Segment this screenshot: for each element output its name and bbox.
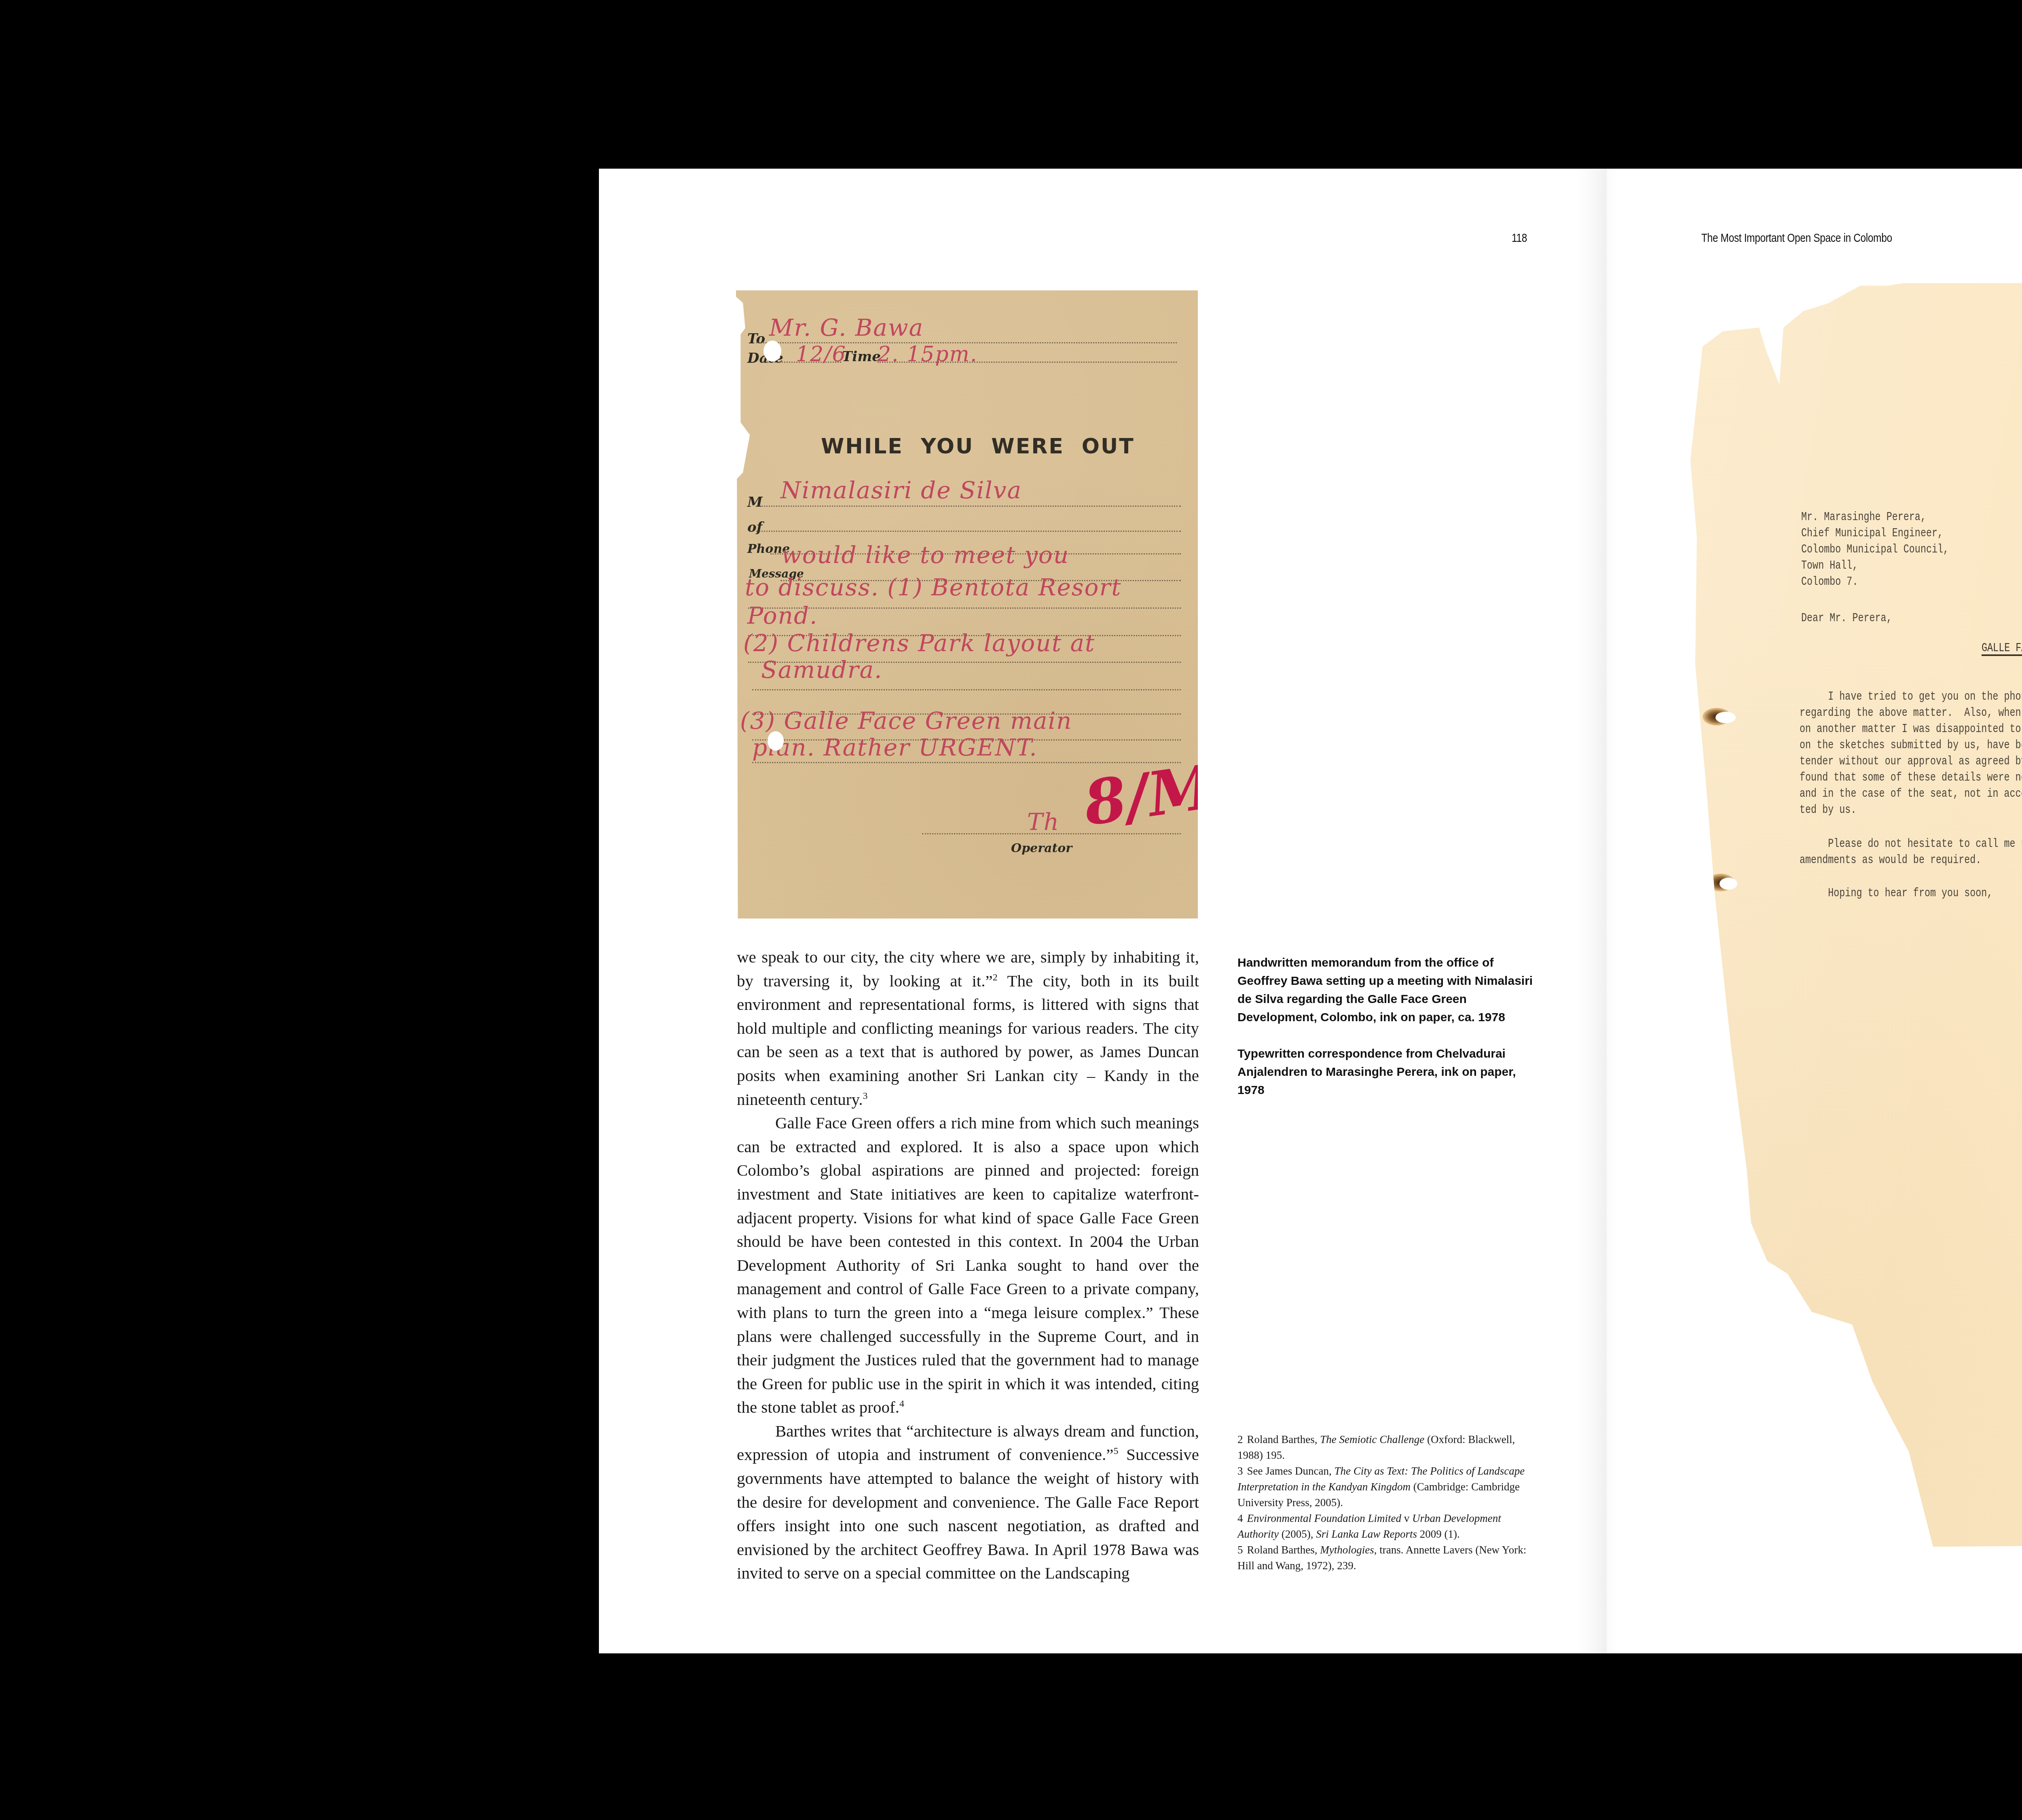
letter-salutation: Dear Mr. Perera,	[1801, 611, 1892, 627]
letter-body-line: on another matter I was disappointed to …	[1800, 722, 2022, 738]
running-title: The Most Important Open Space in Colombo	[1701, 231, 1892, 245]
body-paragraph: we speak to our city, the city where we …	[737, 945, 1199, 1111]
letter-body-line: amendments as would be required.	[1800, 853, 1981, 869]
letter-body-line: I have tried to get you on the phone man…	[1800, 689, 2022, 705]
punch-hole	[768, 731, 784, 751]
memo-date-value: 12/6	[796, 342, 846, 366]
letter-address-line: Colombo Municipal Council,	[1801, 542, 1949, 558]
letter-body-line: ted by us.	[1800, 802, 1856, 819]
memo-label-operator: Operator	[1011, 841, 1072, 855]
punch-hole	[1715, 712, 1736, 723]
letter-address-line: Town Hall,	[1801, 558, 1858, 574]
footnote: 5Roland Barthes, Mythologies, trans. Ann…	[1237, 1542, 1537, 1574]
memo-label-m: M	[747, 494, 763, 510]
memo-label-of: of	[747, 519, 762, 535]
letter-address-line: Chief Municipal Engineer,	[1801, 526, 1943, 542]
letter-subject: GALLE FACE GREEN DEVELOPMENT	[1982, 641, 2022, 657]
memo-message-line: to discuss. (1) Bentota Resort	[745, 574, 1122, 601]
memo-from-value: Nimalasiri de Silva	[780, 476, 1022, 504]
memo-message-line: Pond.	[747, 602, 818, 629]
punch-hole	[1720, 878, 1737, 890]
book-gutter	[1577, 169, 1618, 1653]
body-paragraph: Barthes writes that “architecture is alw…	[737, 1419, 1199, 1585]
memo-initials: Th	[1027, 808, 1060, 836]
footnote: 2Roland Barthes, The Semiotic Challenge …	[1237, 1432, 1537, 1463]
letter-body-line: regarding the above matter. Also, when I…	[1800, 705, 2022, 722]
letter-body-line: Please do not hesitate to call me up and…	[1800, 836, 2022, 853]
memo-time-value: 2. 15pm.	[878, 342, 977, 366]
left-page-number: 118	[1512, 231, 1527, 245]
body-paragraph: Galle Face Green offers a rich mine from…	[737, 1111, 1199, 1419]
memo-message-line: (2) Childrens Park layout at	[743, 629, 1095, 657]
body-text: we speak to our city, the city where we …	[737, 945, 1199, 1585]
memo-label-to: To	[747, 331, 765, 347]
footnotes: 2Roland Barthes, The Semiotic Challenge …	[1237, 1432, 1537, 1574]
footnote: 3See James Duncan, The City as Text: The…	[1237, 1463, 1537, 1511]
figure-captions: Handwritten memorandum from the office o…	[1237, 954, 1545, 1117]
memo-heading: WHILE YOU WERE OUT	[821, 434, 1135, 459]
punch-hole	[764, 341, 781, 362]
memo-image: To Date Time Mr. G. Bawa 12/6 2. 15pm. W…	[736, 290, 1198, 918]
letter-body-line: and in the case of the seat, not in acco…	[1800, 786, 2022, 802]
letter-body-line: tender without our approval as agreed by…	[1800, 754, 2022, 770]
memo-to-value: Mr. G. Bawa	[769, 314, 924, 341]
letter-address-line: Colombo 7.	[1801, 574, 1858, 590]
memo-label-time: Time	[842, 349, 881, 365]
memo-message-line: plan. Rather URGENT.	[752, 734, 1038, 761]
letter-body-line: on the sketches submitted by us, have be…	[1800, 738, 2022, 754]
footnote: 4Environmental Foundation Limited v Urba…	[1237, 1511, 1537, 1542]
letter-closing: Hoping to hear from you soon,	[1800, 886, 1992, 902]
caption-letter: Typewritten correspondence from Chelvadu…	[1237, 1045, 1545, 1099]
letter-body-line: found that some of these details were no…	[1800, 770, 2022, 786]
memo-message-line: Samudra.	[761, 656, 883, 684]
caption-memo: Handwritten memorandum from the office o…	[1237, 954, 1545, 1026]
letter-address-line: Mr. Marasinghe Perera,	[1801, 510, 1926, 526]
memo-message-line: (3) Galle Face Green main	[740, 707, 1072, 734]
memo-message-line: would like to meet you	[781, 541, 1069, 569]
